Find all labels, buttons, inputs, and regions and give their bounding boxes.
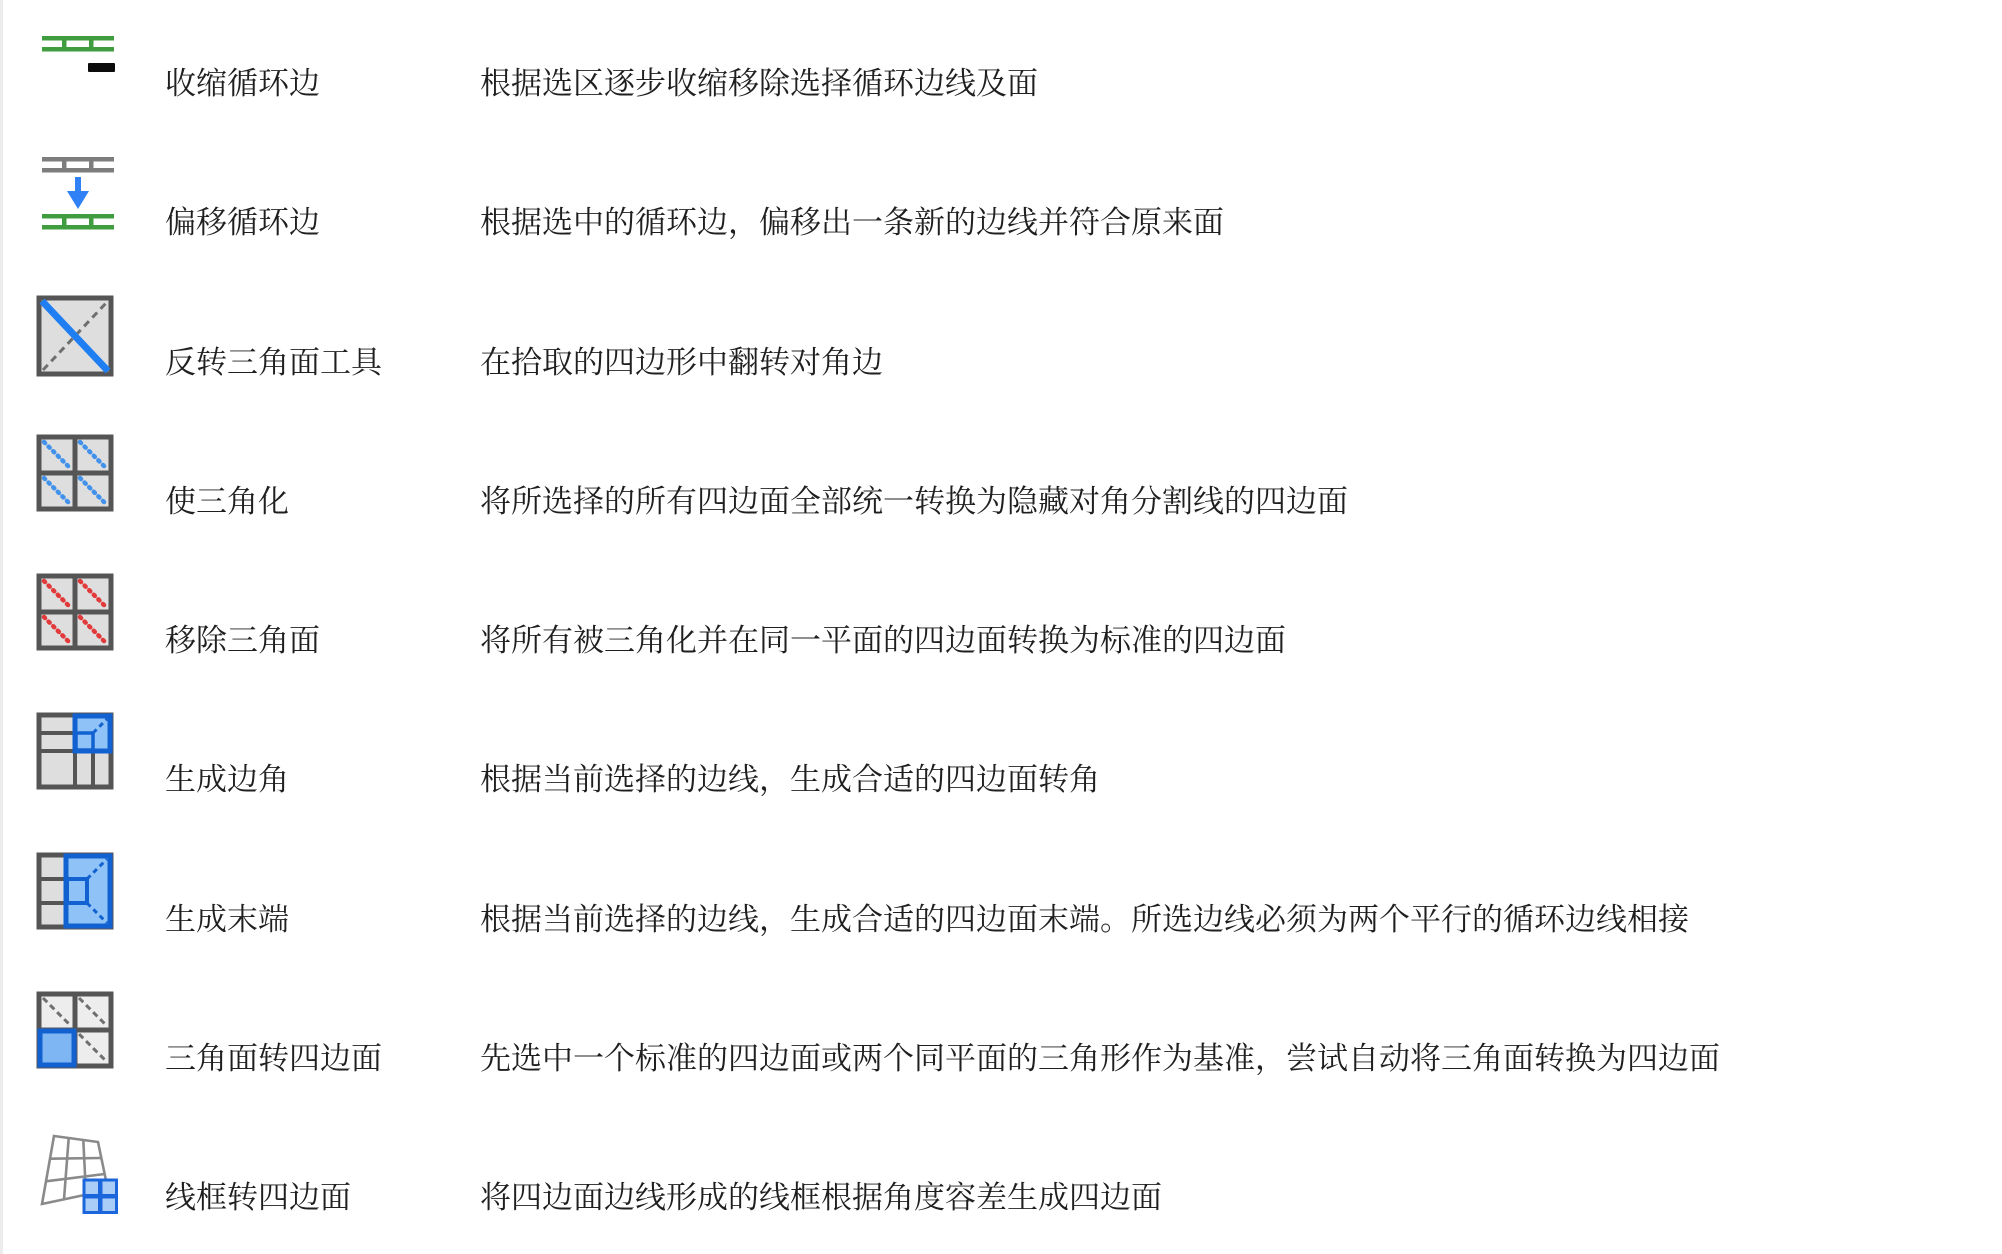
triangulate-icon (36, 434, 114, 512)
tool-name: 生成末端 (165, 900, 289, 940)
tool-name: 生成边角 (165, 760, 289, 800)
tool-name: 收缩循环边 (165, 64, 320, 104)
build-end-icon (36, 852, 114, 930)
offset-loop-edge-icon (38, 157, 118, 231)
tool-description: 根据选中的循环边，偏移出一条新的边线并符合原来面 (480, 203, 1224, 243)
tool-description: 根据选区逐步收缩移除选择循环边线及面 (480, 64, 1038, 104)
tool-description: 根据当前选择的边线，生成合适的四边面末端。所选边线必须为两个平行的循环边线相接 (480, 900, 1689, 940)
remove-triangle-face-icon (36, 573, 114, 651)
tool-description: 将所有被三角化并在同一平面的四边面转换为标准的四边面 (480, 621, 1286, 661)
shrink-loop-edge-icon (38, 36, 118, 76)
tool-row: 生成边角 根据当前选择的边线，生成合适的四边面转角 (0, 696, 2002, 835)
tool-list: 收缩循环边 根据选区逐步收缩移除选择循环边线及面 (0, 0, 2002, 1254)
tri-to-quad-icon (36, 991, 114, 1069)
tool-row: 移除三角面 将所有被三角化并在同一平面的四边面转换为标准的四边面 (0, 557, 2002, 696)
tool-row: 使三角化 将所选择的所有四边面全部统一转换为隐藏对角分割线的四边面 (0, 418, 2002, 557)
wireframe-to-quad-icon (36, 1130, 122, 1216)
tool-description: 将所选择的所有四边面全部统一转换为隐藏对角分割线的四边面 (480, 482, 1348, 522)
tool-name: 反转三角面工具 (165, 343, 382, 383)
tool-row: 线框转四边面 将四边面边线形成的线框根据角度容差生成四边面 (0, 1114, 2002, 1253)
tool-name: 偏移循环边 (165, 203, 320, 243)
tool-description: 将四边面边线形成的线框根据角度容差生成四边面 (480, 1178, 1162, 1218)
tool-name: 三角面转四边面 (165, 1039, 382, 1079)
tool-description: 在拾取的四边形中翻转对角边 (480, 343, 883, 383)
tool-row: 收缩循环边 根据选区逐步收缩移除选择循环边线及面 (0, 0, 2002, 139)
tool-row: 生成末端 根据当前选择的边线，生成合适的四边面末端。所选边线必须为两个平行的循环… (0, 836, 2002, 975)
tool-row: 三角面转四边面 先选中一个标准的四边面或两个同平面的三角形作为基准，尝试自动将三… (0, 975, 2002, 1114)
flip-triangle-face-icon (36, 295, 114, 377)
tool-description: 先选中一个标准的四边面或两个同平面的三角形作为基准，尝试自动将三角面转换为四边面 (480, 1039, 1720, 1079)
tool-description: 根据当前选择的边线，生成合适的四边面转角 (480, 760, 1100, 800)
tool-row: 反转三角面工具 在拾取的四边形中翻转对角边 (0, 279, 2002, 418)
build-corner-icon (36, 712, 114, 790)
tool-name: 线框转四边面 (165, 1178, 351, 1218)
tool-name: 移除三角面 (165, 621, 320, 661)
tool-name: 使三角化 (165, 482, 289, 522)
tool-row: 偏移循环边 根据选中的循环边，偏移出一条新的边线并符合原来面 (0, 139, 2002, 278)
